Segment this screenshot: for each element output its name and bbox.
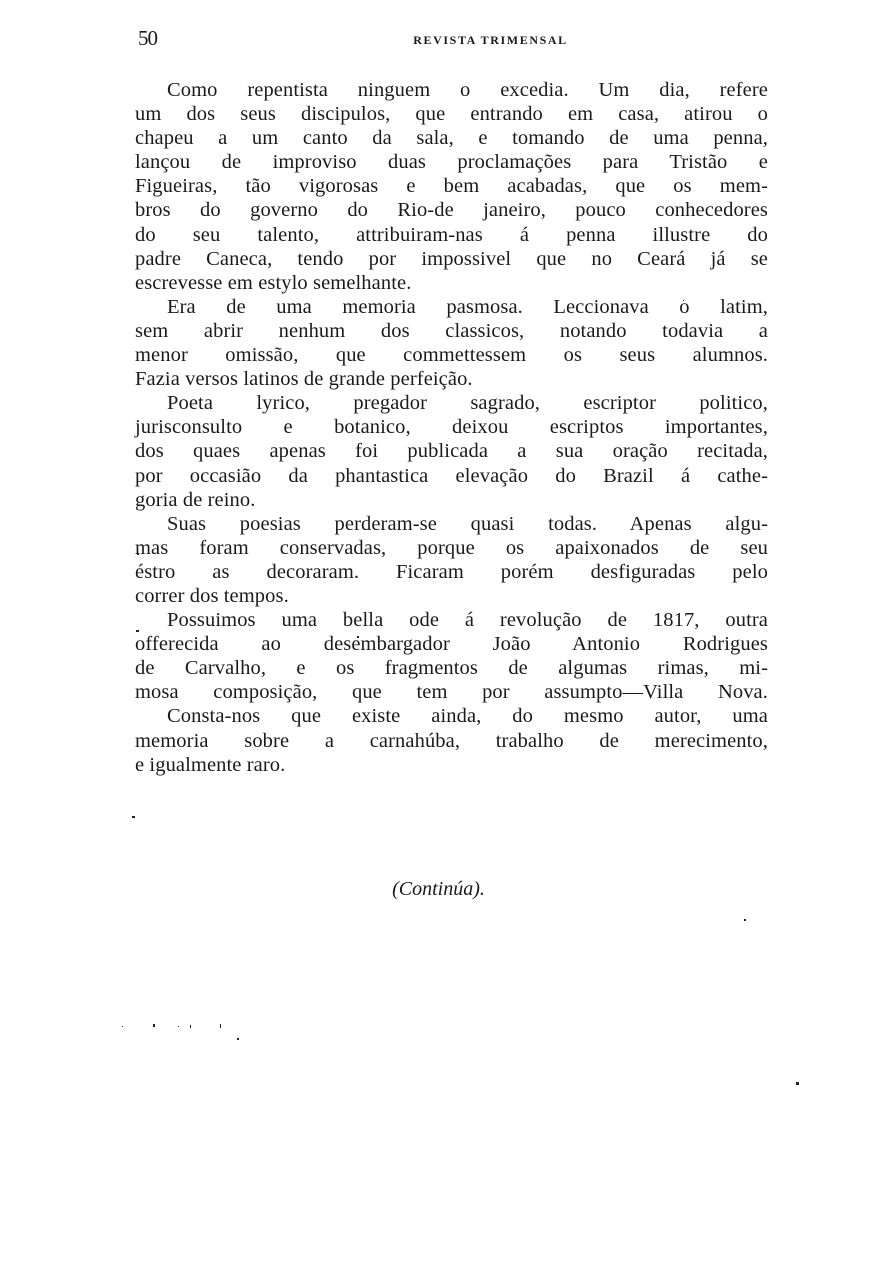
scan-speck: [137, 553, 139, 555]
text-line: éstro as decoraram. Ficaram porém desfig…: [135, 560, 768, 584]
text-line: memoria sobre a carnahúba, trabalho de m…: [135, 729, 768, 753]
text-line: jurisconsulto e botanico, deixou escript…: [135, 415, 768, 439]
scan-speck: [744, 919, 746, 921]
scan-speck: [136, 630, 139, 632]
text-line: Figueiras, tão vigorosas e bem acabadas,…: [135, 174, 768, 198]
body-text: Como repentista ninguem o excedia. Um di…: [135, 78, 768, 777]
text-line: e igualmente raro.: [135, 753, 768, 777]
text-line: mosa composição, que tem por assumpto—Vi…: [135, 680, 768, 704]
paragraph-memoria: Era de uma memoria pasmosa. Leccionava o…: [135, 295, 768, 391]
text-line: Possuimos uma bella ode á revolução de 1…: [135, 608, 768, 632]
text-line: Suas poesias perderam-se quasi todas. Ap…: [135, 512, 768, 536]
continued-note: (Continúa).: [0, 878, 893, 901]
text-line: dos quaes apenas foi publicada a sua ora…: [135, 439, 768, 463]
scan-speck: [683, 300, 684, 301]
scan-speck: [122, 1026, 123, 1027]
text-line: menor omissão, que commettessem os seus …: [135, 343, 768, 367]
text-line: Como repentista ninguem o excedia. Um di…: [135, 78, 768, 102]
scan-speck: [357, 636, 359, 638]
text-line: de Carvalho, e os fragmentos de algumas …: [135, 656, 768, 680]
scan-speck: [220, 1024, 221, 1028]
text-line: escrevesse em estylo semelhante.: [135, 271, 768, 295]
paragraph-poeta: Poeta lyrico, pregador sagrado, escripto…: [135, 391, 768, 511]
text-line: Consta-nos que existe ainda, do mesmo au…: [135, 704, 768, 728]
text-line: offerecida ao desembargador João Antonio…: [135, 632, 768, 656]
paragraph-repentista: Como repentista ninguem o excedia. Um di…: [135, 78, 768, 295]
text-line: um dos seus discipulos, que entrando em …: [135, 102, 768, 126]
continued-note-text: (Continúa).: [392, 878, 485, 900]
text-line: sem abrir nenhum dos classicos, notando …: [135, 319, 768, 343]
text-line: Poeta lyrico, pregador sagrado, escripto…: [135, 391, 768, 415]
text-line: Fazia versos latinos de grande perfeição…: [135, 367, 768, 391]
text-line: lançou de improviso duas proclamações pa…: [135, 150, 768, 174]
document-page: 50 REVISTA TRIMENSAL Como repentista nin…: [0, 0, 893, 1263]
text-line: goria de reino.: [135, 488, 768, 512]
journal-title: REVISTA TRIMENSAL: [135, 33, 768, 48]
scan-speck: [237, 1038, 239, 1040]
text-line: bros do governo do Rio-de janeiro, pouco…: [135, 198, 768, 222]
text-line: mas foram conservadas, porque os apaixon…: [135, 536, 768, 560]
text-line: chapeu a um canto da sala, e tomando de …: [135, 126, 768, 150]
text-line: por occasião da phantastica elevação do …: [135, 464, 768, 488]
text-line: padre Caneca, tendo por impossivel que n…: [135, 247, 768, 271]
scan-speck: [153, 1024, 155, 1027]
scan-speck: [178, 1026, 179, 1027]
paragraph-poesias: Suas poesias perderam-se quasi todas. Ap…: [135, 512, 768, 608]
scan-speck: [796, 1082, 799, 1085]
text-line: Era de uma memoria pasmosa. Leccionava o…: [135, 295, 768, 319]
paragraph-possuimos: Possuimos uma bella ode á revolução de 1…: [135, 608, 768, 704]
scan-speck: [190, 1025, 191, 1028]
paragraph-consta: Consta-nos que existe ainda, do mesmo au…: [135, 704, 768, 776]
text-line: do seu talento, attribuiram-nas á penna …: [135, 223, 768, 247]
running-head: 50 REVISTA TRIMENSAL: [135, 26, 768, 52]
scan-speck: [132, 816, 135, 818]
text-line: correr dos tempos.: [135, 584, 768, 608]
